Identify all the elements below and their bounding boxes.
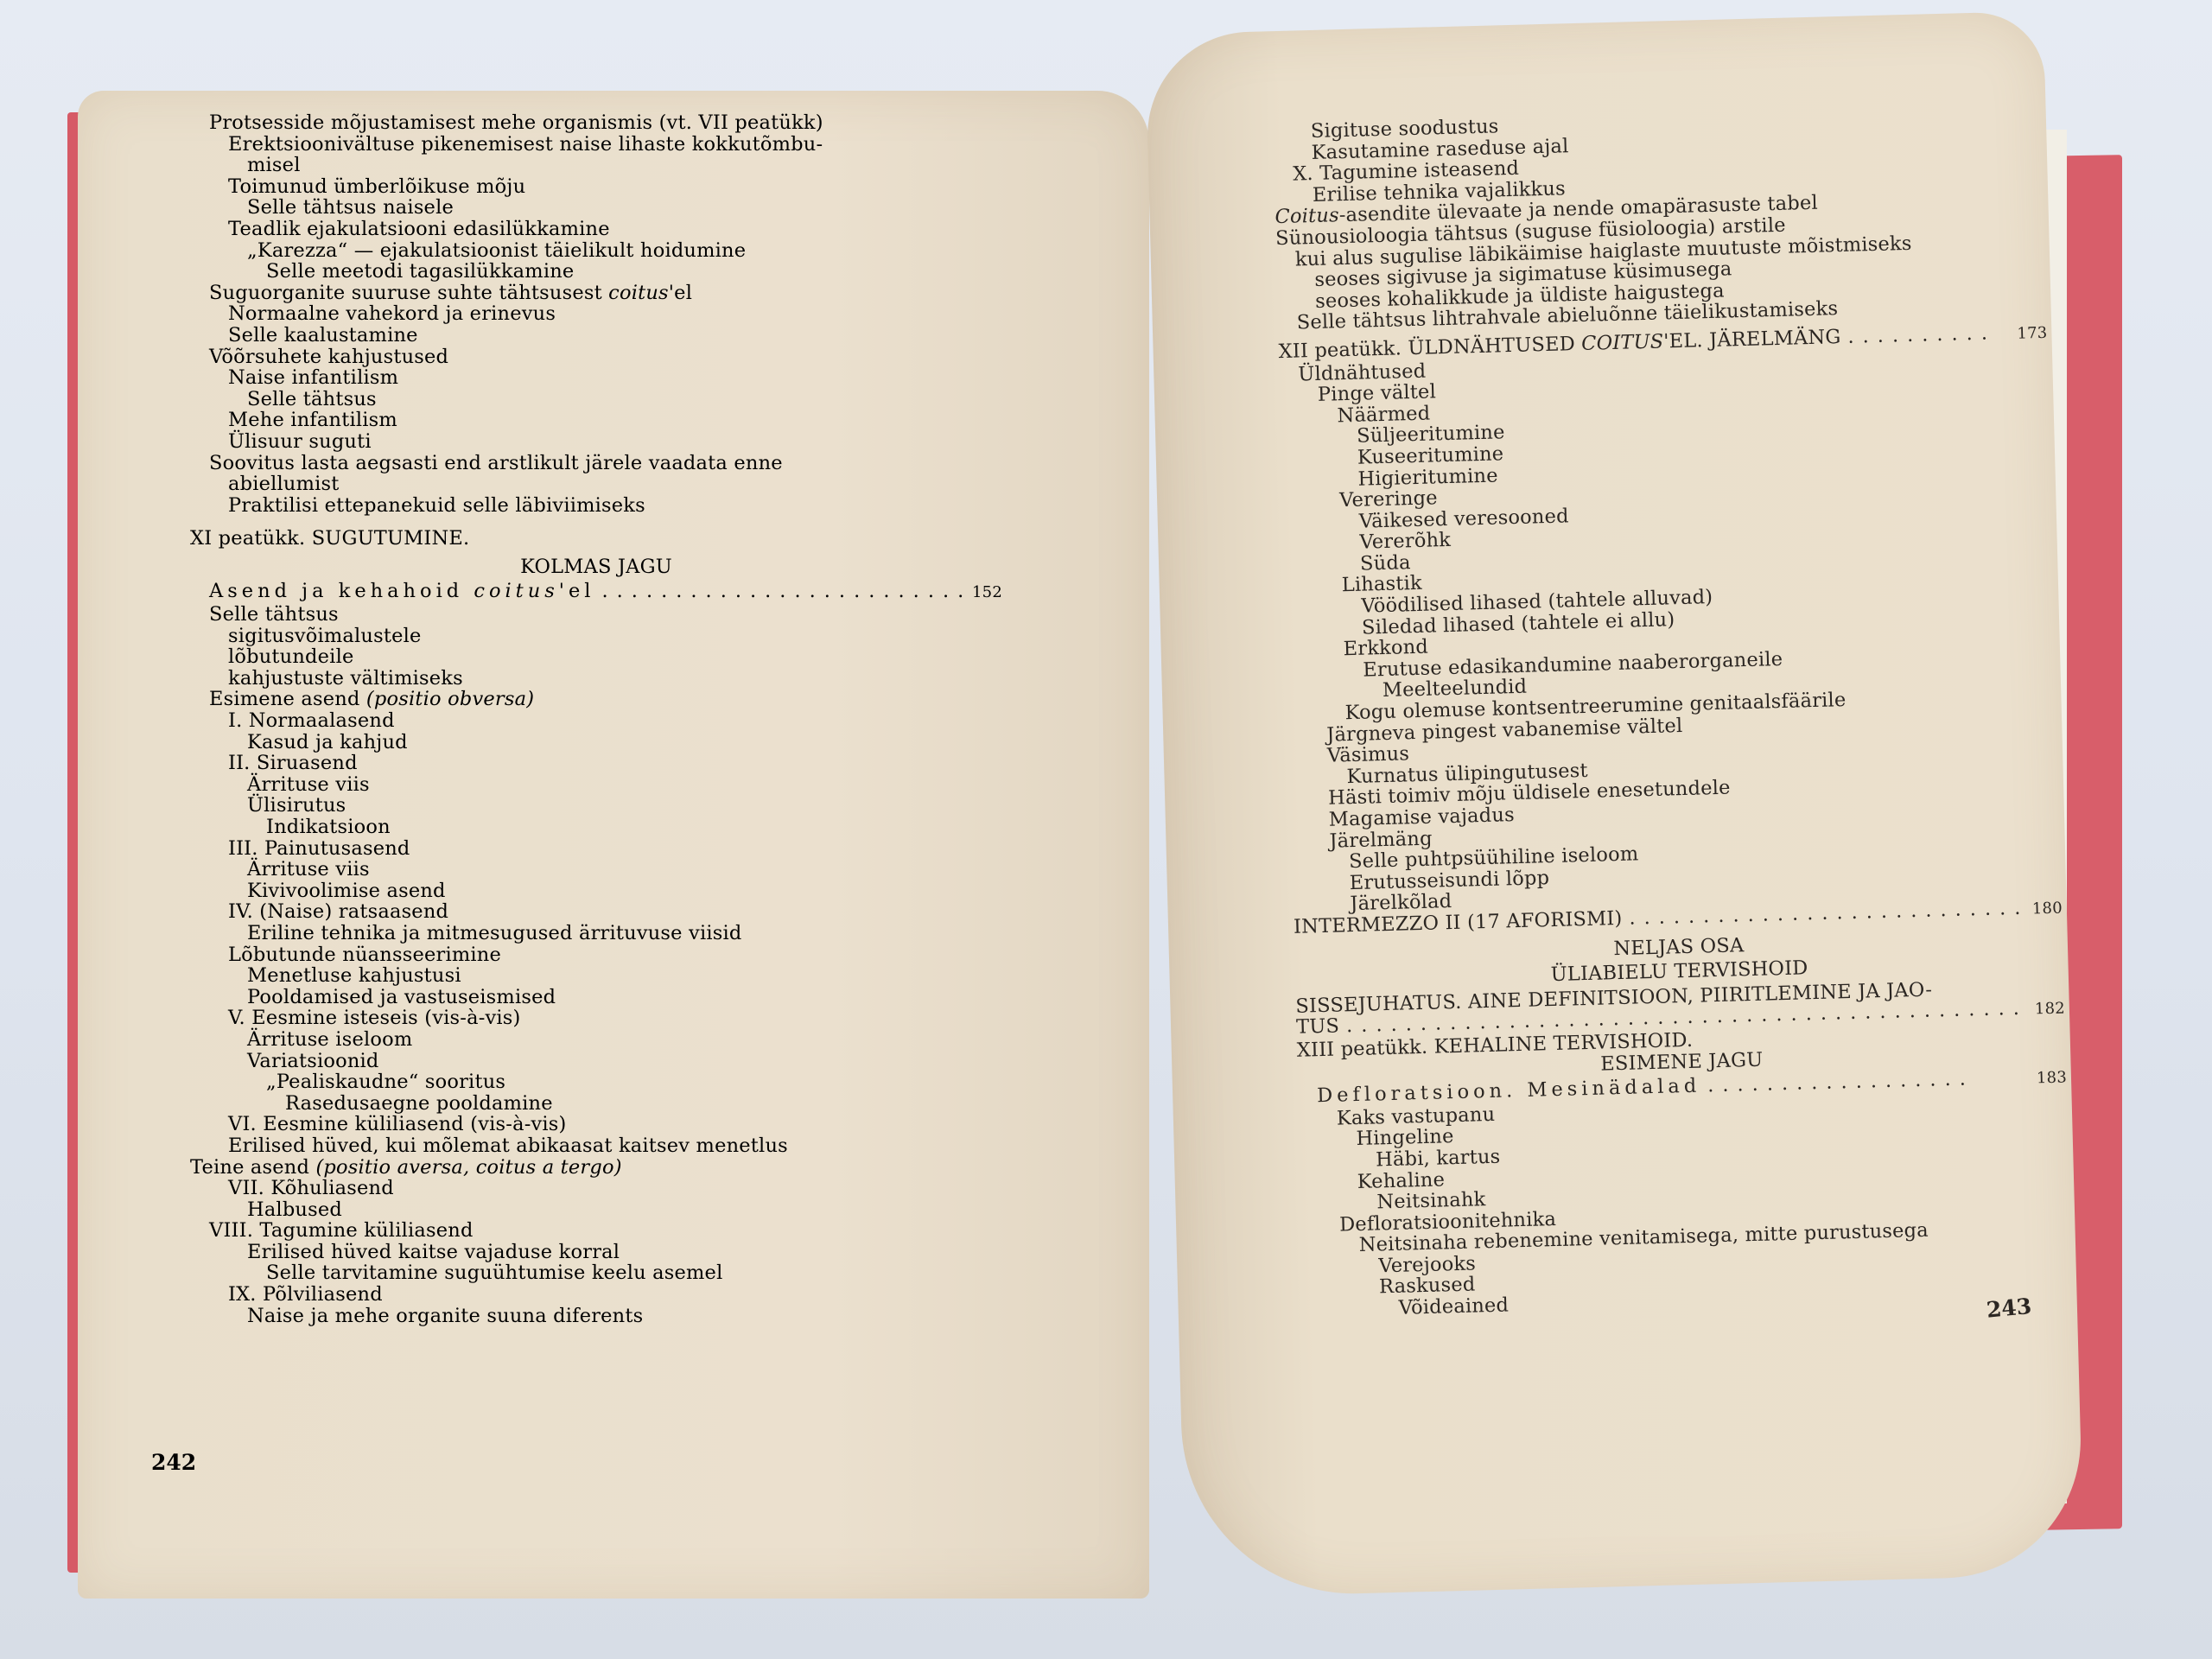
- toc-line: abiellumist: [190, 474, 1002, 495]
- chapter-heading-xi: XI peatükk. SUGUTUMINE.: [190, 528, 1002, 550]
- toc-line: Teine asend (positio aversa, coitus a te…: [190, 1157, 1002, 1179]
- toc-line: Suguorganite suuruse suhte tähtsusest co…: [190, 283, 1002, 304]
- toc-line: IV. (Naise) ratsaasend: [190, 901, 1002, 923]
- toc-line: Ülisuur suguti: [190, 431, 1002, 453]
- toc-line: Kasud ja kahjud: [190, 732, 1002, 753]
- toc-line: Teadlik ejakulatsiooni edasilükkamine: [190, 219, 1002, 240]
- toc-line: Normaalne vahekord ja erinevus: [190, 303, 1002, 325]
- toc-line: Erilised hüved kaitse vajaduse korral: [190, 1242, 1002, 1263]
- toc-line: Erektsioonivältuse pikenemisest naise li…: [190, 134, 1002, 156]
- toc-line: IX. Põlviliasend: [190, 1284, 1002, 1306]
- toc-line: Selle tähtsus naisele: [190, 197, 1002, 219]
- toc-line: Naise ja mehe organite suuna diferents: [190, 1306, 1002, 1327]
- toc-line: V. Eesmine isteseis (vis-à-vis): [190, 1007, 1002, 1029]
- page-number-left: 242: [151, 1450, 196, 1475]
- toc-line: VI. Eesmine küliliasend (vis-à-vis): [190, 1114, 1002, 1135]
- section-heading-kolmas-jagu: KOLMAS JAGU: [190, 556, 1002, 578]
- toc-line: II. Siruasend: [190, 753, 1002, 774]
- toc-line: Rasedusaegne pooldamine: [190, 1093, 1002, 1115]
- right-page: Sigituse soodustusKasutamine raseduse aj…: [1145, 11, 2084, 1599]
- toc-line: VIII. Tagumine küliliasend: [190, 1220, 1002, 1242]
- toc-line: Lõbutunde nüansseerimine: [190, 944, 1002, 966]
- toc-line: Võõrsuhete kahjustused: [190, 346, 1002, 368]
- left-page-toc: Protsesside mõjustamisest mehe organismi…: [190, 112, 1002, 1326]
- toc-line: III. Painutusasend: [190, 838, 1002, 860]
- toc-line: Kivivoolimise asend: [190, 880, 1002, 902]
- right-page-toc: Sigituse soodustusKasutamine raseduse aj…: [1273, 102, 2073, 1321]
- toc-line: Halbused: [190, 1199, 1002, 1221]
- toc-line: Toimunud ümberlõikuse mõju: [190, 176, 1002, 198]
- toc-line: Pooldamised ja vastuseismised: [190, 987, 1002, 1008]
- toc-line: I. Normaalasend: [190, 710, 1002, 732]
- toc-line: misel: [190, 155, 1002, 176]
- page-number-right: 243: [1986, 1294, 2033, 1323]
- toc-line: sigitusvõimalustele: [190, 626, 1002, 647]
- toc-line: Soovitus lasta aegsasti end arstlikult j…: [190, 453, 1002, 474]
- toc-line: Ärrituse viis: [190, 774, 1002, 796]
- toc-line: Protsesside mõjustamisest mehe organismi…: [190, 112, 1002, 134]
- page-ref: 152: [972, 582, 1002, 604]
- toc-line: Menetluse kahjustusi: [190, 965, 1002, 987]
- toc-line: „Karezza“ — ejakulatsioonist täielikult …: [190, 240, 1002, 262]
- toc-line: Selle tähtsus: [190, 389, 1002, 410]
- toc-line: Mehe infantilism: [190, 410, 1002, 431]
- toc-line: kahjustuste vältimiseks: [190, 668, 1002, 690]
- toc-line: Esimene asend (positio obversa): [190, 689, 1002, 710]
- toc-line: Naise infantilism: [190, 367, 1002, 389]
- toc-line: Selle tarvitamine suguühtumise keelu ase…: [190, 1262, 1002, 1284]
- toc-line: Selle tähtsus: [190, 604, 1002, 626]
- toc-line: „Pealiskaudne“ sooritus: [190, 1071, 1002, 1093]
- toc-line: Selle meetodi tagasilükkamine: [190, 261, 1002, 283]
- toc-line: Praktilisi ettepanekuid selle läbiviimis…: [190, 495, 1002, 517]
- toc-line: Erilised hüved, kui mõlemat abikaasat ka…: [190, 1135, 1002, 1157]
- toc-line: Variatsioonid: [190, 1051, 1002, 1072]
- toc-line: Ärrituse iseloom: [190, 1029, 1002, 1051]
- toc-line: Ärrituse viis: [190, 859, 1002, 880]
- toc-line: lõbutundeile: [190, 646, 1002, 668]
- toc-line: Eriline tehnika ja mitmesugused ärrituvu…: [190, 923, 1002, 944]
- toc-line: Selle kaalustamine: [190, 325, 1002, 346]
- toc-line: VII. Kõhuliasend: [190, 1178, 1002, 1199]
- toc-line: Indikatsioon: [190, 817, 1002, 838]
- toc-entry-asend: Asend ja kehahoid coitus'el ............…: [190, 581, 1002, 604]
- toc-line: Ülisirutus: [190, 795, 1002, 817]
